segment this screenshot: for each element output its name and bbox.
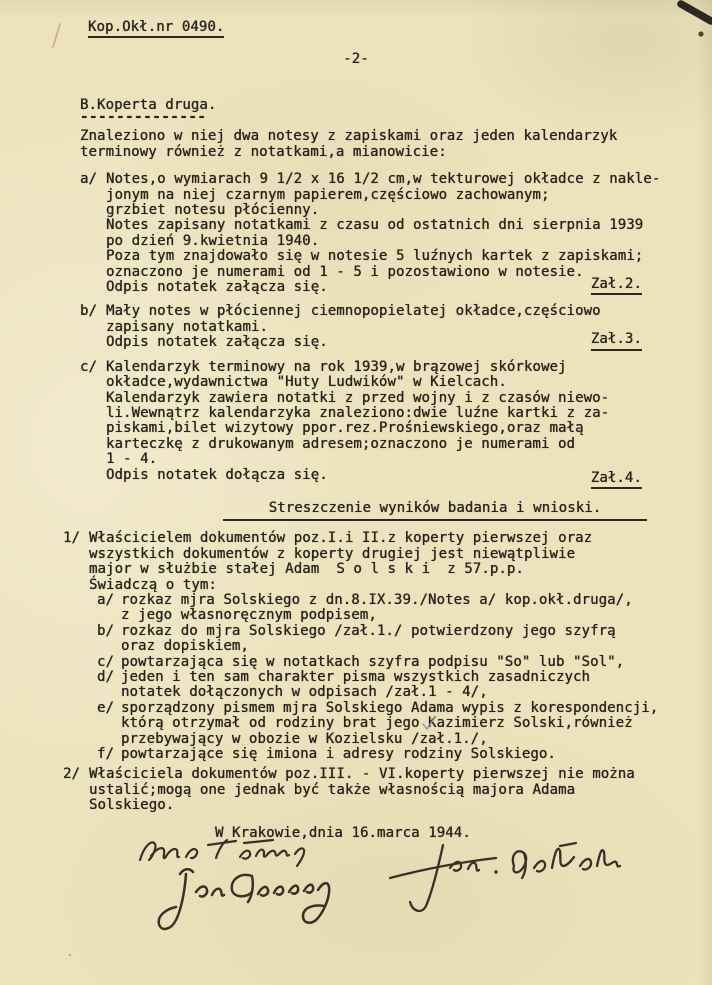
sub-finding-label: e/ <box>97 701 121 747</box>
attachment-ref: Zał.3. <box>591 332 642 350</box>
paper-speck <box>69 954 71 956</box>
sub-finding-text: jeden i ten sam charakter pisma wszystki… <box>121 670 664 701</box>
list-item: c/Kalendarzyk terminowy na rok 1939,w br… <box>80 360 664 483</box>
item-text: Mały notes w płóciennej ciemnopopielatej… <box>106 304 664 350</box>
finding-label: 1/ <box>63 531 89 762</box>
corner-ink-mark <box>681 4 711 37</box>
finding-item: 2/Właściciela dokumentów poz.III. - VI.k… <box>63 767 664 813</box>
sub-finding-label: a/ <box>97 593 121 624</box>
item-text: Notes,o wymiarach 9 1/2 x 16 1/2 cm,w te… <box>106 172 664 295</box>
document-body: B.Koperta druga. -------------- Znalezio… <box>80 98 664 841</box>
finding-label: 2/ <box>63 767 89 813</box>
item-label: b/ <box>80 304 106 350</box>
sub-finding-item: d/jeden i ten sam charakter pisma wszyst… <box>97 670 664 701</box>
sub-finding-label: f/ <box>97 747 121 762</box>
list-item: b/Mały notes w płóciennej ciemnopopielat… <box>80 304 664 350</box>
item-text: Kalendarzyk terminowy na rok 1939,w brąz… <box>106 360 664 483</box>
sub-findings-list: a/rozkaz mjra Solskiego z dn.8.IX.39./No… <box>89 593 664 762</box>
exhibit-list: a/Notes,o wymiarach 9 1/2 x 16 1/2 cm,w … <box>80 172 664 483</box>
margin-pencil-mark <box>53 24 60 47</box>
signature-bottom-left-ink <box>159 869 329 929</box>
sub-finding-text: sporządzony pismem mjra Solskiego Adama … <box>121 701 664 747</box>
sub-finding-label: b/ <box>97 624 121 655</box>
summary-heading: Streszczenie wyników badania i wnioski. <box>223 501 647 521</box>
doc-number: Kop.Okł.nr 0490. <box>88 20 224 38</box>
sub-finding-item: c/powtarzająca się w notatkach szyfra po… <box>97 655 664 670</box>
signature-right-ink <box>390 843 620 911</box>
item-label: c/ <box>80 360 106 483</box>
signature-top-left-ink <box>140 840 304 866</box>
finding-body: Właścicielem dokumentów poz.I.i II.z kop… <box>89 531 664 762</box>
sub-finding-text: powtarzające się imiona i adresy rodziny… <box>121 747 664 762</box>
item-label: a/ <box>80 172 106 295</box>
section-title-underline-dashes: -------------- <box>80 113 664 122</box>
sub-finding-text: powtarzająca się w notatkach szyfra podp… <box>121 655 664 670</box>
finding-item: 1/Właścicielem dokumentów poz.I.i II.z k… <box>63 531 664 762</box>
finding-body: Właściciela dokumentów poz.III. - VI.kop… <box>89 767 664 813</box>
attachment-ref: Zał.4. <box>591 471 642 489</box>
dateline: W Krakowie,dnia 16.marca 1944. <box>215 826 664 841</box>
sub-finding-label: c/ <box>97 655 121 670</box>
sub-finding-item: a/rozkaz mjra Solskiego z dn.8.IX.39./No… <box>97 593 664 624</box>
finding-text: Właścicielem dokumentów poz.I.i II.z kop… <box>89 531 664 593</box>
document-page: Kop.Okł.nr 0490. -2- B.Koperta druga. --… <box>0 0 712 985</box>
page-number: -2- <box>0 52 712 67</box>
findings-list: 1/Właścicielem dokumentów poz.I.i II.z k… <box>63 531 664 813</box>
sub-finding-label: d/ <box>97 670 121 701</box>
sub-finding-item: b/rozkaz do mjra Solskiego /zał.1./ potw… <box>97 624 664 655</box>
sub-finding-text: rozkaz mjra Solskiego z dn.8.IX.39./Note… <box>121 593 664 624</box>
sub-finding-item: f/powtarzające się imiona i adresy rodzi… <box>97 747 664 762</box>
section-intro: Znaleziono w niej dwa notesy z zapiskami… <box>80 129 664 160</box>
sub-finding-text: rozkaz do mjra Solskiego /zał.1./ potwie… <box>121 624 664 655</box>
finding-text: Właściciela dokumentów poz.III. - VI.kop… <box>89 767 664 813</box>
list-item: a/Notes,o wymiarach 9 1/2 x 16 1/2 cm,w … <box>80 172 664 295</box>
sub-finding-item: e/sporządzony pismem mjra Solskiego Adam… <box>97 701 664 747</box>
attachment-ref: Zał.2. <box>591 277 642 295</box>
